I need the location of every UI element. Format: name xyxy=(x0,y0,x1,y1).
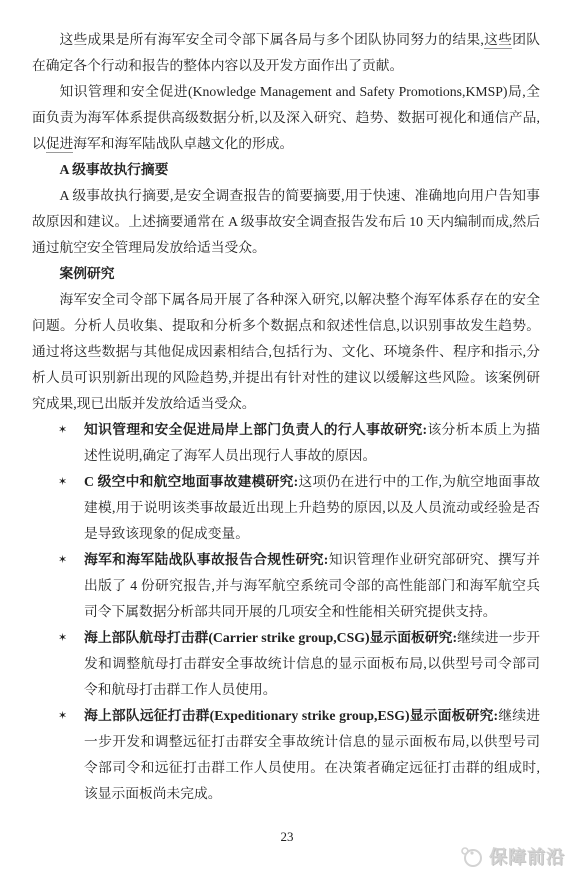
section-heading-case-study: 案例研究 xyxy=(32,261,540,287)
watermark-text: 保障前沿 xyxy=(489,843,565,869)
watermark-logo-icon xyxy=(460,844,484,868)
list-item-compliance-study: ✶海军和海军陆战队事故报告合规性研究:知识管理作业研究部研究、撰写并出版了 4 … xyxy=(32,547,540,625)
paragraph-intro: 这些成果是所有海军安全司令部下属各局与多个团队协同努力的结果,这些团队在确定各个… xyxy=(32,27,540,79)
list-item-class-c-modeling-study: ✶C 级空中和航空地面事故建模研究:这项仍在进行中的工作,为航空地面事故建模,用… xyxy=(32,469,540,547)
paragraph-class-a-summary: A 级事故执行摘要,是安全调查报告的简要摘要,用于快速、准确地向用户告知事故原因… xyxy=(32,183,540,261)
list-item-title: 海上部队航母打击群(Carrier strike group,CSG)显示面板研… xyxy=(84,630,457,645)
paragraph-kmsp: 知识管理和安全促进(Knowledge Management and Safet… xyxy=(32,79,540,157)
bullet-star-icon: ✶ xyxy=(58,417,67,443)
section-heading-class-a-summary: A 级事故执行摘要 xyxy=(32,157,540,183)
document-page: 这些成果是所有海军安全司令部下属各局与多个团队协同努力的结果,这些团队在确定各个… xyxy=(0,0,574,880)
list-item-csg-dashboard-study: ✶海上部队航母打击群(Carrier strike group,CSG)显示面板… xyxy=(32,625,540,703)
watermark: 保障前沿 xyxy=(460,843,565,869)
paragraph-text: 这些成果是所有海军安全司令部下属各局与多个团队协同努力的结果, xyxy=(60,32,484,47)
grammar-underline-text: 这些 xyxy=(484,32,512,49)
list-item-pedestrian-mishap-study: ✶知识管理和安全促进局岸上部门负责人的行人事故研究:该分析本质上为描述性说明,确… xyxy=(32,417,540,469)
list-item-title: C 级空中和航空地面事故建模研究: xyxy=(84,474,298,489)
grammar-underline-text: 促进 xyxy=(46,136,74,153)
bullet-star-icon: ✶ xyxy=(58,625,67,651)
bullet-star-icon: ✶ xyxy=(58,469,67,495)
list-item-title: 知识管理和安全促进局岸上部门负责人的行人事故研究: xyxy=(84,422,427,437)
bullet-star-icon: ✶ xyxy=(58,547,67,573)
list-item-title: 海上部队远征打击群(Expeditionary strike group,ESG… xyxy=(84,708,498,723)
document-content: 这些成果是所有海军安全司令部下属各局与多个团队协同努力的结果,这些团队在确定各个… xyxy=(32,27,540,807)
paragraph-case-study: 海军安全司令部下属各局开展了各种深入研究,以解决整个海军体系存在的安全问题。分析… xyxy=(32,287,540,417)
paragraph-text: 海军和海军陆战队卓越文化的形成。 xyxy=(73,136,293,151)
bullet-star-icon: ✶ xyxy=(58,703,67,729)
list-item-title: 海军和海军陆战队事故报告合规性研究: xyxy=(84,552,328,567)
list-item-esg-dashboard-study: ✶海上部队远征打击群(Expeditionary strike group,ES… xyxy=(32,703,540,807)
